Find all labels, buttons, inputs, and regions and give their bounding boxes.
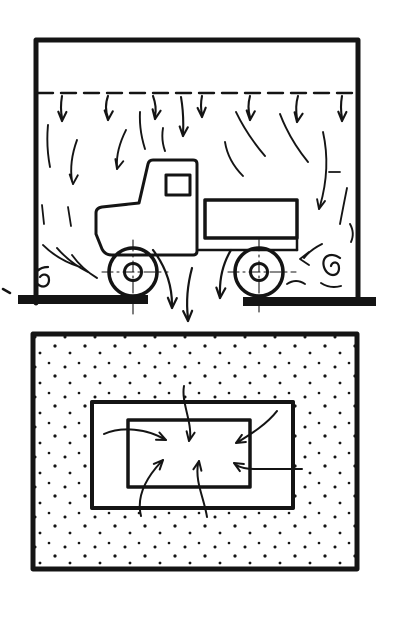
plan-middle-wall bbox=[92, 402, 293, 508]
flow-line bbox=[140, 112, 145, 149]
flow-dash bbox=[68, 207, 71, 226]
figure-canvas bbox=[0, 0, 400, 622]
flow-arrow-head bbox=[317, 199, 319, 209]
truck-bed bbox=[205, 200, 297, 238]
supply-air-arrow bbox=[341, 96, 342, 118]
flow-line bbox=[280, 114, 308, 162]
flow-line bbox=[225, 142, 243, 176]
flow-dash bbox=[42, 205, 44, 224]
flow-line bbox=[340, 188, 347, 224]
flow-line bbox=[350, 224, 353, 242]
flow-line bbox=[162, 128, 165, 151]
supply-air-arrow bbox=[61, 96, 62, 118]
floor-grate-right bbox=[243, 297, 376, 306]
elevation-view bbox=[3, 40, 376, 321]
flow-arrow bbox=[320, 132, 326, 206]
flow-line bbox=[287, 281, 305, 284]
floor-mark bbox=[3, 289, 10, 293]
supply-air-arrow-head bbox=[250, 111, 255, 120]
flow-line bbox=[47, 125, 50, 167]
supply-air-arrow bbox=[181, 97, 183, 133]
floor-grate-left bbox=[18, 295, 148, 304]
flow-line bbox=[304, 244, 322, 258]
eddy-right bbox=[323, 255, 340, 275]
flow-arrow bbox=[71, 140, 77, 181]
flow-arrow-head bbox=[73, 175, 78, 184]
supply-air-arrow-head bbox=[108, 111, 113, 120]
supply-air-arrow bbox=[201, 96, 202, 114]
inflow-arrow-head bbox=[234, 463, 244, 464]
flow-line bbox=[321, 283, 341, 287]
scanned-figure-page bbox=[0, 0, 400, 622]
truck-window bbox=[166, 175, 190, 195]
flow-arrow-head bbox=[117, 161, 123, 169]
plan-view bbox=[33, 334, 357, 569]
flow-arrow bbox=[117, 130, 126, 166]
